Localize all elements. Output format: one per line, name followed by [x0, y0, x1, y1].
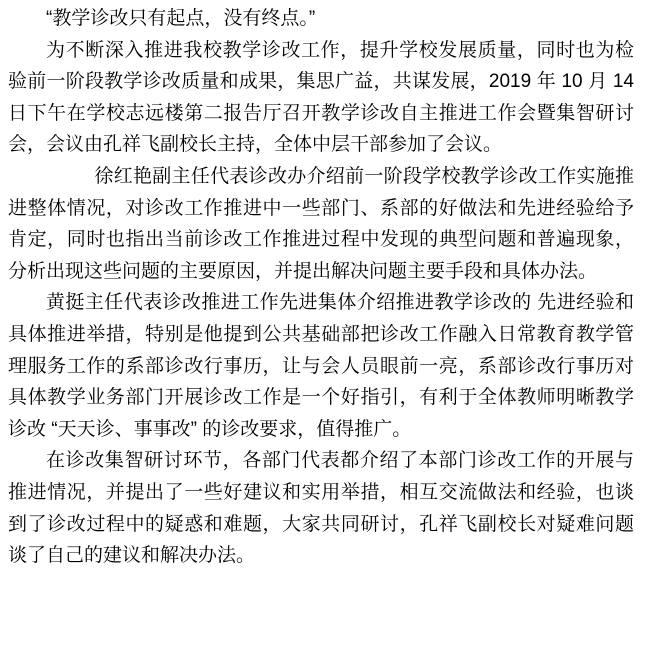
document-page: “教学诊改只有起点，没有终点。” 为不断深入推进我校教学诊改工作，提升学校发展质…	[0, 0, 645, 666]
paragraph-huang-ting-report: 黄挺主任代表诊改推进工作先进集体介绍推进教学诊改的 先进经验和具体推进举措，特别…	[8, 287, 634, 445]
paragraph-intro: 为不断深入推进我校教学诊改工作，提升学校发展质量，同时也为检验前一阶段教学诊改质…	[8, 35, 634, 161]
paragraph-xu-hongyan-report: 徐红艳副主任代表诊改办介绍前一阶段学校教学诊改工作实施推进整体情况，对诊改工作推…	[8, 161, 634, 287]
paragraph-discussion: 在诊改集智研讨环节，各部门代表都介绍了本部门诊改工作的开展与推进情况，并提出了一…	[8, 445, 634, 571]
paragraph-quote: “教学诊改只有起点，没有终点。”	[8, 3, 634, 35]
